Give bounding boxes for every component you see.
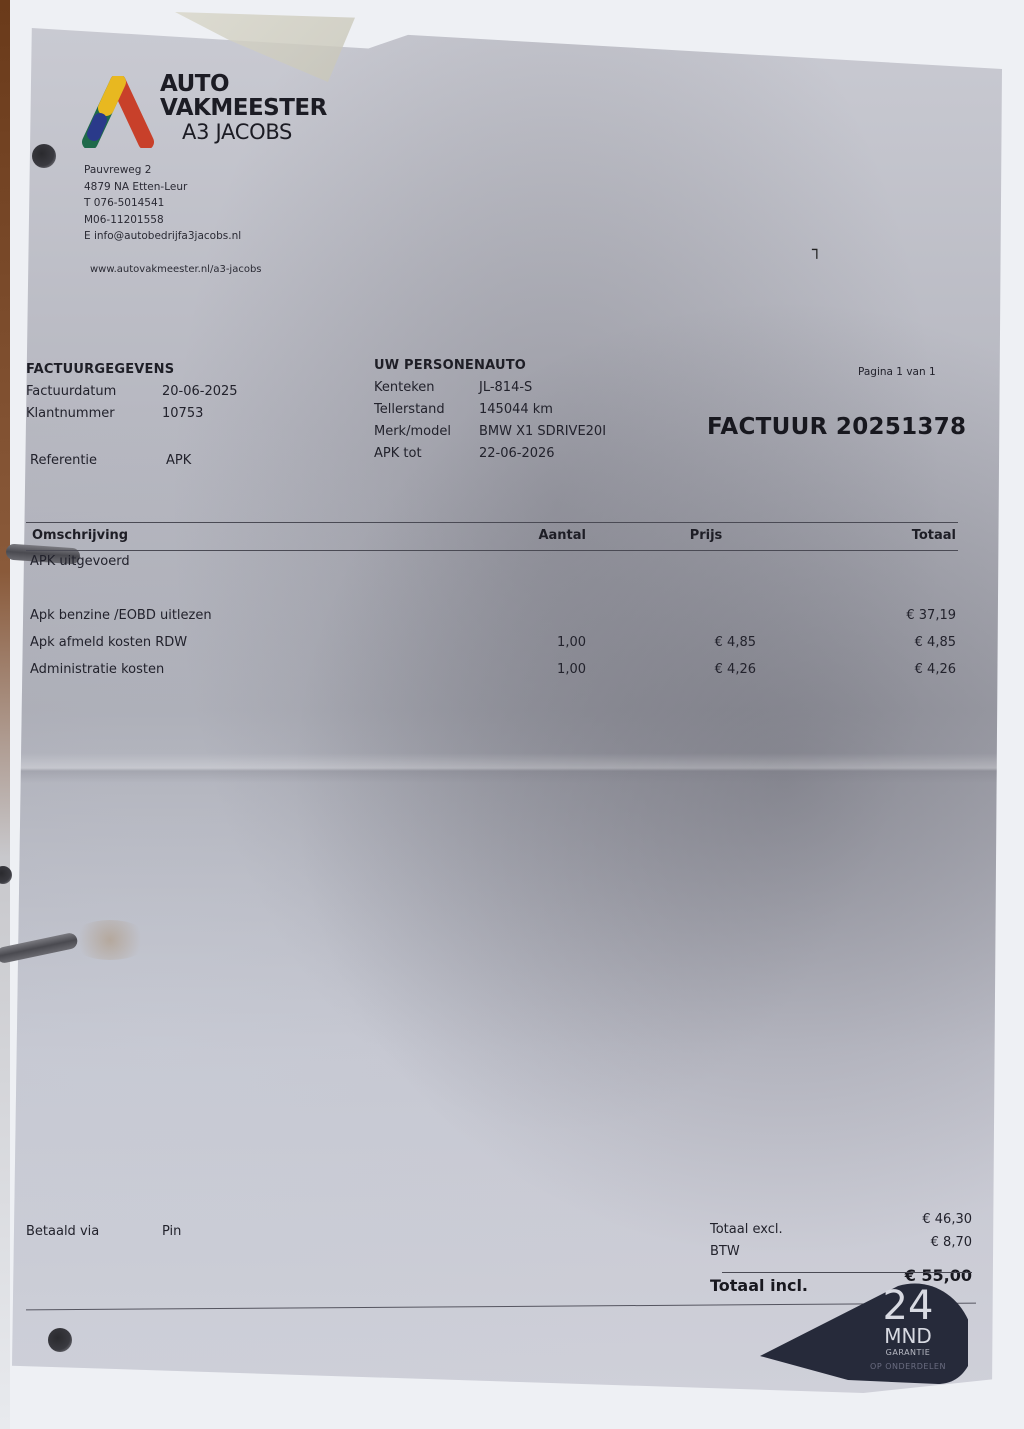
- reference-row: Referentie APK: [30, 450, 191, 472]
- invoice-date-label: Factuurdatum: [26, 381, 162, 403]
- background-edge: [0, 0, 10, 1429]
- vehicle-details-title: UW PERSONENAUTO: [374, 358, 606, 373]
- model-row: Merk/model BMW X1 SDRIVE20I: [374, 421, 606, 443]
- vat-value: € 8,70: [931, 1235, 972, 1250]
- guarantee-badge: 24 MND GARANTIE OP ONDERDELEN: [748, 1276, 968, 1386]
- row-price: € 4,85: [646, 635, 756, 650]
- apk-label: APK tot: [374, 443, 479, 465]
- row-description: APK uitgevoerd: [30, 554, 130, 569]
- website: www.autovakmeester.nl/a3-jacobs: [90, 264, 262, 275]
- odometer-row: Tellerstand 145044 km: [374, 399, 606, 421]
- address-street: Pauvreweg 2: [84, 162, 241, 179]
- invoice-details-title: FACTUURGEGEVENS: [26, 362, 238, 377]
- invoice-title: FACTUUR 20251378: [707, 414, 966, 440]
- table-header: Omschrijving Aantal Prijs Totaal: [26, 528, 958, 548]
- payment-method-value: Pin: [162, 1224, 181, 1239]
- stain: [70, 920, 150, 960]
- model-label: Merk/model: [374, 421, 479, 443]
- invoice-date-row: Factuurdatum 20-06-2025: [26, 381, 238, 403]
- phone: T 076-5014541: [84, 195, 241, 212]
- guarantee-sublabel: OP ONDERDELEN: [848, 1362, 968, 1371]
- total-excl-value: € 46,30: [922, 1212, 972, 1227]
- guarantee-months: 24: [868, 1286, 948, 1326]
- table-header-rule: [26, 550, 958, 551]
- total-excl-label: Totaal excl.: [710, 1222, 783, 1237]
- table-row: Apk afmeld kosten RDW 1,00 € 4,85 € 4,85: [26, 635, 958, 655]
- model-value: BMW X1 SDRIVE20I: [479, 421, 606, 443]
- page-indicator: Pagina 1 van 1: [858, 366, 936, 378]
- col-header-description: Omschrijving: [32, 528, 128, 543]
- address-city: 4879 NA Etten-Leur: [84, 179, 241, 196]
- col-header-price: Prijs: [666, 528, 746, 543]
- logo-a-icon: [82, 76, 154, 148]
- vehicle-details: UW PERSONENAUTO Kenteken JL-814-S Teller…: [374, 358, 606, 465]
- row-total: € 4,26: [846, 662, 956, 677]
- odometer-value: 145044 km: [479, 399, 553, 421]
- logo-line-2: VAKMEESTER: [160, 96, 327, 120]
- table-row: APK uitgevoerd: [26, 554, 958, 574]
- col-header-quantity: Aantal: [496, 528, 586, 543]
- payment-method-label: Betaald via: [26, 1224, 162, 1239]
- punch-hole-bottom: [48, 1328, 72, 1352]
- plate-row: Kenteken JL-814-S: [374, 377, 606, 399]
- reference-label: Referentie: [30, 450, 166, 472]
- totals-block: € 46,30 Totaal excl. € 8,70 BTW € 55,00 …: [710, 1180, 972, 1280]
- customer-number-label: Klantnummer: [26, 403, 162, 425]
- company-address: Pauvreweg 2 4879 NA Etten-Leur T 076-501…: [84, 162, 241, 245]
- row-total: € 4,85: [846, 635, 956, 650]
- totals-rule: [722, 1272, 972, 1273]
- plate-label: Kenteken: [374, 377, 479, 399]
- row-description: Administratie kosten: [30, 662, 164, 677]
- invoice-date-value: 20-06-2025: [162, 381, 238, 403]
- punch-hole-mid: [0, 866, 12, 884]
- row-total: € 37,19: [846, 608, 956, 623]
- row-description: Apk afmeld kosten RDW: [30, 635, 187, 650]
- guarantee-unit: MND: [868, 1326, 948, 1346]
- table-row: Apk benzine /EOBD uitlezen € 37,19: [26, 608, 958, 628]
- table-row: Administratie kosten 1,00 € 4,26 € 4,26: [26, 662, 958, 682]
- row-description: Apk benzine /EOBD uitlezen: [30, 608, 212, 623]
- mobile: M06-11201558: [84, 212, 241, 229]
- table-top-rule: [26, 522, 958, 523]
- apk-value: 22-06-2026: [479, 443, 555, 465]
- row-quantity: 1,00: [496, 662, 586, 677]
- logo-line-1: AUTO: [160, 72, 327, 96]
- company-logo: AUTO VAKMEESTER A3 JACOBS: [82, 72, 327, 148]
- guarantee-label: GARANTIE: [868, 1348, 948, 1357]
- customer-number-row: Klantnummer 10753: [26, 403, 238, 425]
- fold-crease: [12, 753, 1002, 783]
- payment-method-row: Betaald via Pin: [26, 1224, 181, 1239]
- vat-label: BTW: [710, 1244, 740, 1259]
- col-header-total: Totaal: [846, 528, 956, 543]
- invoice-details: FACTUURGEGEVENS Factuurdatum 20-06-2025 …: [26, 362, 238, 425]
- punch-hole-top: [32, 144, 56, 168]
- plate-value: JL-814-S: [479, 377, 532, 399]
- email: E info@autobedrijfa3jacobs.nl: [84, 228, 241, 245]
- logo-line-3: A3 JACOBS: [160, 120, 327, 144]
- apk-row: APK tot 22-06-2026: [374, 443, 606, 465]
- row-price: € 4,26: [646, 662, 756, 677]
- customer-number-value: 10753: [162, 403, 203, 425]
- odometer-label: Tellerstand: [374, 399, 479, 421]
- row-quantity: 1,00: [496, 635, 586, 650]
- pen-mark: ┐: [812, 240, 822, 259]
- reference-value: APK: [166, 450, 191, 472]
